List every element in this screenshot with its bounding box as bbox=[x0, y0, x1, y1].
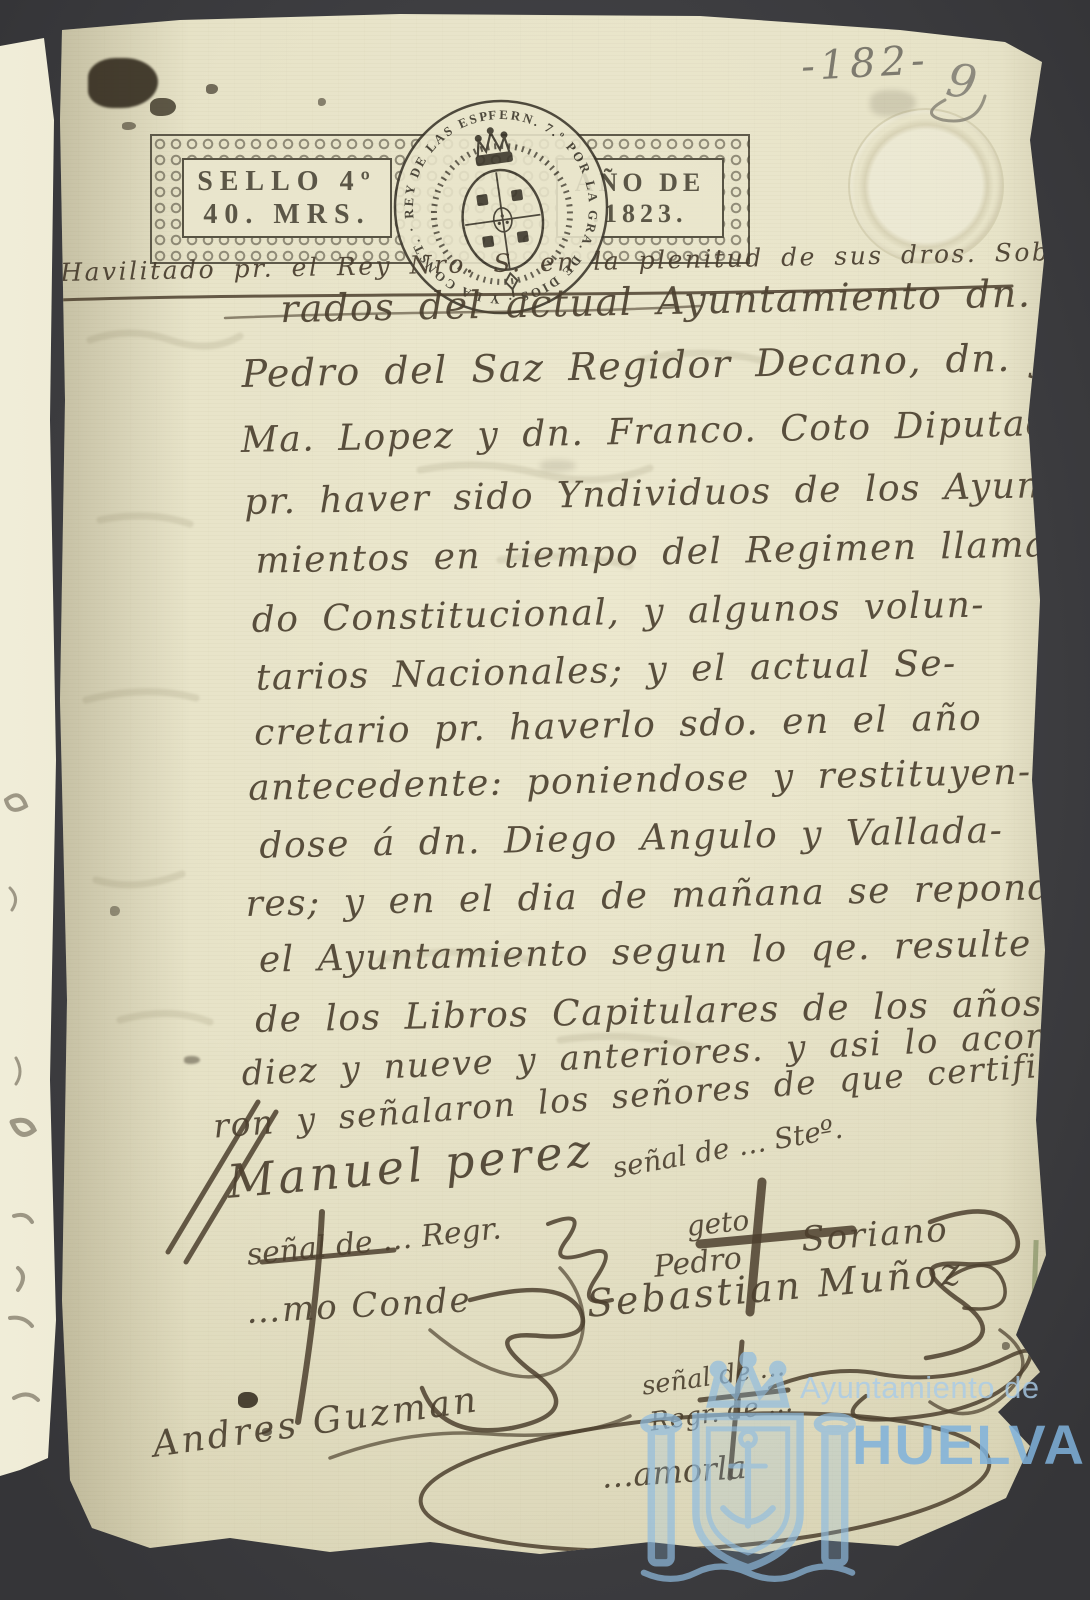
document-page: -182- 9 SELLO 4º 40. MRS. AÑO DE .1823. … bbox=[0, 0, 1090, 1600]
adjacent-page-ink-marks bbox=[0, 0, 60, 1600]
ink-flourishes bbox=[0, 0, 1090, 1600]
scan-background: -182- 9 SELLO 4º 40. MRS. AÑO DE .1823. … bbox=[0, 0, 1090, 1600]
